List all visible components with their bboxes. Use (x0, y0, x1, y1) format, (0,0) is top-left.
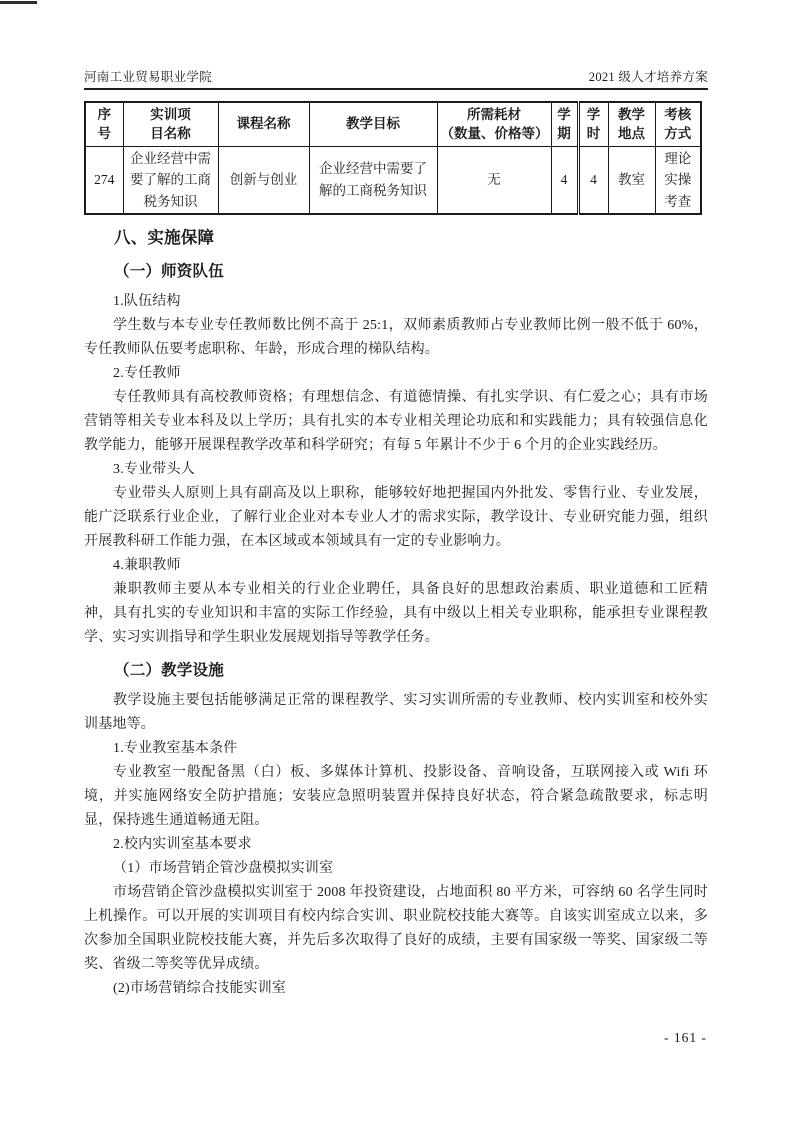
paragraph-classroom-conditions: 专业教室一般配备黑（白）板、多媒体计算机、投影设备、音响设备，互联网接入或 Wi… (84, 761, 708, 833)
paragraph-parttime-teachers: 兼职教师主要从本专业相关的行业企业聘任，具备良好的思想政治素质、职业道德和工匠精… (84, 578, 708, 650)
list-item-sandbox-training-room: （1）市场营销企管沙盘模拟实训室 (84, 857, 708, 881)
list-item-classroom-conditions: 1.专业教室基本条件 (84, 737, 708, 761)
subheading-faculty-team: （一）师资队伍 (84, 259, 708, 285)
col-header-semester: 学 期 (551, 102, 578, 146)
paragraph-teaching-facilities: 教学设施主要包括能够满足正常的课程教学、实习实训所需的专业教师、校内实训室和校外… (84, 689, 708, 737)
list-item-marketing-skills-room: (2)市场营销综合技能实训室 (84, 977, 708, 1001)
cell-teaching-objective: 企业经营中需要了解的工商税务知识 (309, 146, 437, 214)
col-header-hours: 学 时 (578, 102, 608, 146)
header-school-name: 河南工业贸易职业学院 (84, 69, 212, 85)
paragraph-sandbox-training-room: 市场营销企管沙盘模拟实训室于 2008 年投资建设，占地面积 80 平方米，可容… (84, 881, 708, 977)
cell-course-name: 创新与创业 (218, 146, 309, 214)
col-header-assessment: 考核 方式 (655, 102, 701, 146)
cell-location: 教室 (608, 146, 655, 214)
paragraph-fulltime-teachers: 专任教师具有高校教师资格；有理想信念、有道德情操、有扎实学识、有仁爱之心；具有市… (84, 386, 708, 458)
paragraph-specialty-leader: 专业带头人原则上具有副高及以上职称，能够较好地把握国内外批发、零售行业、专业发展… (84, 482, 708, 554)
cell-serial-no: 274 (85, 146, 123, 214)
table-header-row: 序 号 实训项 目名称 课程名称 教学目标 所需耗材 （数量、价格等） 学 期 … (85, 102, 701, 146)
col-header-serial-no: 序 号 (85, 102, 123, 146)
cell-project-name: 企业经营中需要了解的工商税务知识 (123, 146, 218, 214)
page-number: - 161 - (664, 1030, 707, 1045)
list-item-training-room-requirements: 2.校内实训室基本要求 (84, 833, 708, 857)
subheading-teaching-facilities: （二）教学设施 (84, 658, 708, 684)
col-header-consumables: 所需耗材 （数量、价格等） (437, 102, 551, 146)
cell-semester: 4 (551, 146, 578, 214)
list-item-specialty-leader: 3.专业带头人 (84, 458, 708, 482)
table-row: 274 企业经营中需要了解的工商税务知识 创新与创业 企业经营中需要了解的工商税… (85, 146, 701, 214)
page-header: 河南工业贸易职业学院 2021 级人才培养方案 (84, 0, 708, 90)
col-header-teaching-objective: 教学目标 (309, 102, 437, 146)
cell-assessment: 理论实操考查 (655, 146, 701, 214)
document-page: 河南工业贸易职业学院 2021 级人才培养方案 序 号 实训项 目名称 课程名称… (84, 0, 708, 1122)
list-item-fulltime-teachers: 2.专任教师 (84, 362, 708, 386)
page-footer: - 161 - (664, 1030, 707, 1046)
heading-implementation-support: 八、实施保障 (84, 225, 708, 251)
col-header-course-name: 课程名称 (218, 102, 309, 146)
paragraph-team-structure: 学生数与本专业专任教师数比例不高于 25:1，双师素质教师占专业教师比例一般不低… (84, 314, 708, 362)
cell-hours: 4 (578, 146, 608, 214)
cell-consumables: 无 (437, 146, 551, 214)
scan-artifact-line (0, 1, 37, 4)
col-header-location: 教学 地点 (608, 102, 655, 146)
document-body: 八、实施保障 （一）师资队伍 1.队伍结构 学生数与本专业专任教师数比例不高于 … (84, 225, 708, 1001)
list-item-parttime-teachers: 4.兼职教师 (84, 554, 708, 578)
list-item-team-structure: 1.队伍结构 (84, 290, 708, 314)
col-header-project-name: 实训项 目名称 (123, 102, 218, 146)
header-doc-title: 2021 级人才培养方案 (589, 69, 708, 85)
training-projects-table: 序 号 实训项 目名称 课程名称 教学目标 所需耗材 （数量、价格等） 学 期 … (84, 101, 702, 215)
